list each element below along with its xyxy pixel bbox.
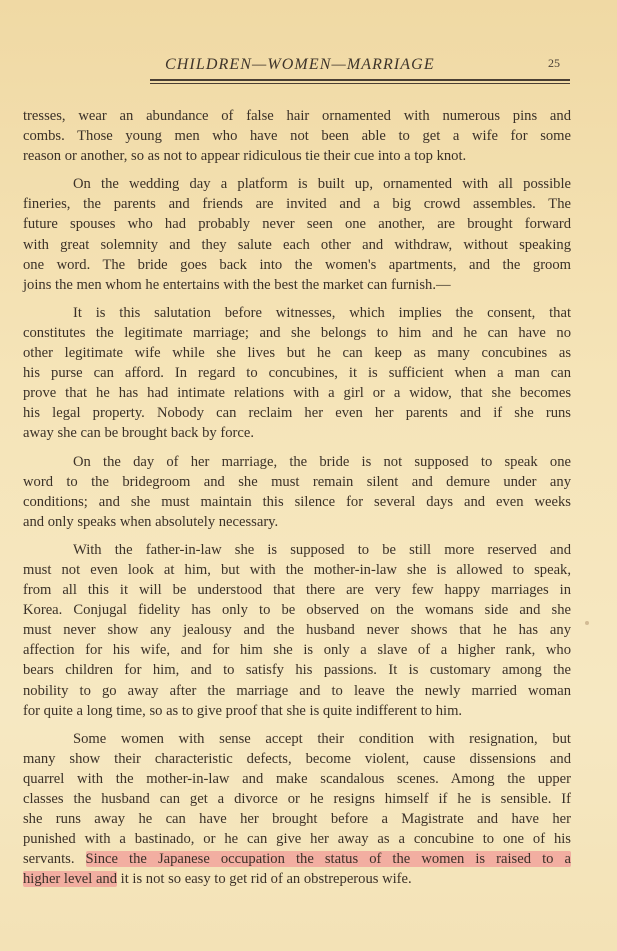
text-fragment: it is not so easy to get rid of an obstr… <box>117 871 412 887</box>
body-text: tresses, wear an abundance of false hair… <box>23 106 571 897</box>
highlighted-text[interactable]: Since the Japanese occupation the status… <box>86 851 571 867</box>
text-line: With the father-in-law she is supposed t… <box>23 540 571 560</box>
running-header: CHILDREN—WOMEN—MARRIAGE 25 <box>160 54 570 76</box>
text-line: affection for his wife, and for him she … <box>23 640 571 660</box>
header-rule <box>150 79 570 81</box>
text-line: punished with a bastinado, or he can giv… <box>23 829 571 849</box>
text-line: his legal property. Nobody can reclaim h… <box>23 403 571 423</box>
text-line: It is this salutation before witnesses, … <box>23 303 571 323</box>
text-line: must not even look at him, but with the … <box>23 560 571 580</box>
text-line: many show their characteristic defects, … <box>23 749 571 769</box>
paragraph-6: Some women with sense accept their condi… <box>23 729 571 890</box>
paragraph-4: On the day of her marriage, the bride is… <box>23 452 571 532</box>
text-fragment: servants. <box>23 851 86 867</box>
text-line: his purse can afford. In regard to concu… <box>23 363 571 383</box>
text-line-highlighted-start: servants. Since the Japanese occupation … <box>23 849 571 869</box>
header-rule-thin <box>150 83 570 84</box>
text-line: tresses, wear an abundance of false hair… <box>23 106 571 126</box>
text-line: for quite a long time, so as to give pro… <box>23 701 571 721</box>
text-line: Some women with sense accept their condi… <box>23 729 571 749</box>
text-line: constitutes the legitimate marriage; and… <box>23 323 571 343</box>
text-line: conditions; and she must maintain this s… <box>23 492 571 512</box>
text-line: must never show any jealousy and the hus… <box>23 620 571 640</box>
text-line: joins the men whom he entertains with th… <box>23 275 571 295</box>
text-line: prove that he has had intimate relations… <box>23 383 571 403</box>
text-line: with great solemnity and they salute eac… <box>23 235 571 255</box>
paragraph-3: It is this salutation before witnesses, … <box>23 303 571 444</box>
text-line: from all this it will be understood that… <box>23 580 571 600</box>
text-line: classes the husband can get a divorce or… <box>23 789 571 809</box>
text-line: and only speaks when absolutely necessar… <box>23 512 571 532</box>
text-line: nobility to go away after the marriage a… <box>23 681 571 701</box>
highlighted-text[interactable]: higher level and <box>23 871 117 887</box>
paragraph-2: On the wedding day a platform is built u… <box>23 174 571 295</box>
text-line-highlighted-end: higher level and it is not so easy to ge… <box>23 869 571 889</box>
text-line: On the day of her marriage, the bride is… <box>23 452 571 472</box>
text-line: On the wedding day a platform is built u… <box>23 174 571 194</box>
text-line: word to the bridegroom and she must rema… <box>23 472 571 492</box>
paper-speck <box>585 621 589 625</box>
text-line: Korea. Conjugal fidelity has only to be … <box>23 600 571 620</box>
text-line: other legitimate wife while she lives bu… <box>23 343 571 363</box>
text-line: reason or another, so as not to appear r… <box>23 146 571 166</box>
paragraph-1: tresses, wear an abundance of false hair… <box>23 106 571 166</box>
text-line: fineries, the parents and friends are in… <box>23 194 571 214</box>
text-line: one word. The bride goes back into the w… <box>23 255 571 275</box>
paragraph-5: With the father-in-law she is supposed t… <box>23 540 571 721</box>
text-line: she runs away he can have her brought be… <box>23 809 571 829</box>
text-line: combs. Those young men who have not been… <box>23 126 571 146</box>
page-number: 25 <box>548 56 560 71</box>
running-title: CHILDREN—WOMEN—MARRIAGE <box>165 56 435 74</box>
text-line: bears children for him, and to satisfy h… <box>23 660 571 680</box>
text-line: quarrel with the mother-in-law and make … <box>23 769 571 789</box>
book-page: CHILDREN—WOMEN—MARRIAGE 25 tresses, wear… <box>0 0 617 951</box>
text-line: future spouses who had probably never se… <box>23 214 571 234</box>
text-line: away she can be brought back by force. <box>23 423 571 443</box>
